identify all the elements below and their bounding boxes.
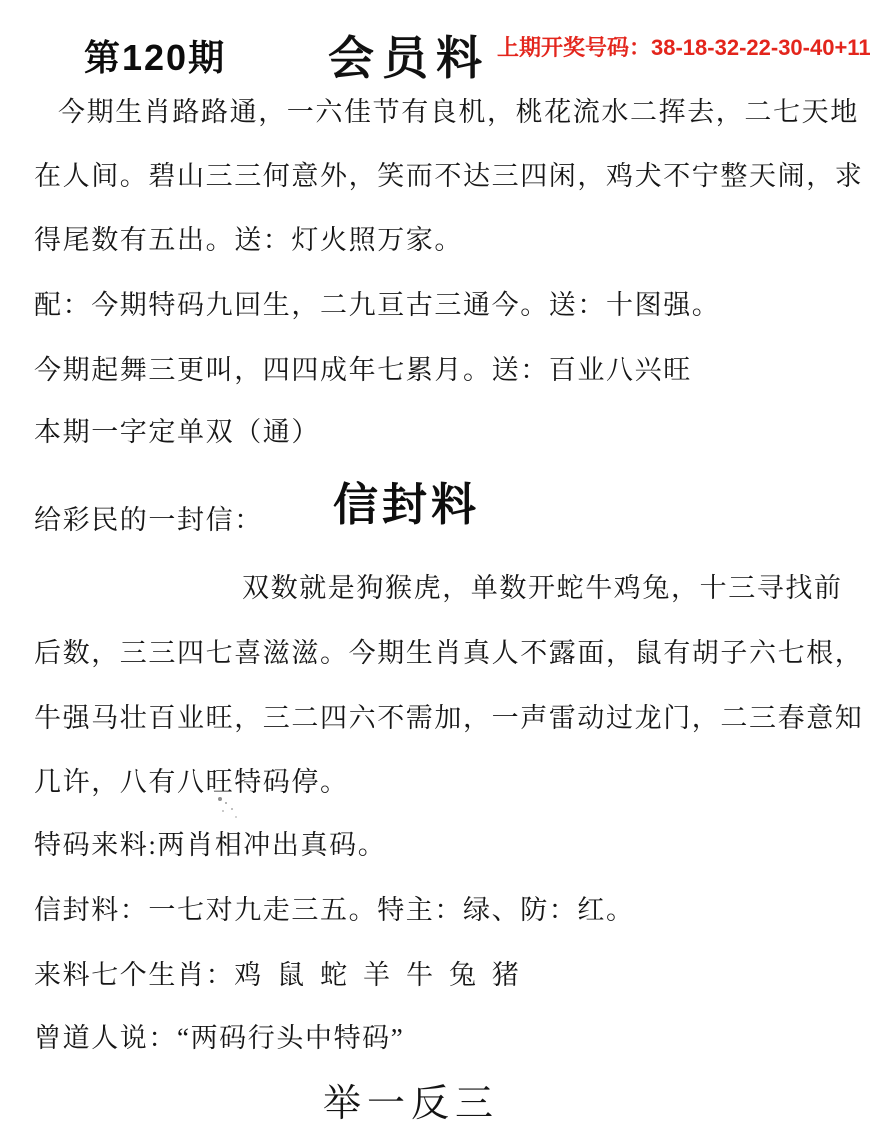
envelope-paragraph-line-2: 后数，三三四七喜滋滋。今期生肖真人不露面，鼠有胡子六七根， xyxy=(34,631,863,670)
letter-intro: 给彩民的一封信： xyxy=(34,498,263,537)
envelope-tip-line: 信封料：一七对九走三五。特主：绿、防：红。 xyxy=(34,888,635,927)
member-paragraph-line-1: 今期生肖路路通，一六佳节有良机，桃花流水二挥去，二七天地 xyxy=(58,90,859,129)
issue-number: 第120期 xyxy=(84,30,226,81)
ink-smudge-artifact xyxy=(218,797,222,801)
member-paragraph-line-3: 得尾数有五出。送：灯火照万家。 xyxy=(34,218,463,257)
envelope-paragraph-line-3: 牛强马壮百业旺，三二四六不需加，一声雷动过龙门，二三春意知 xyxy=(34,696,863,735)
envelope-paragraph-line-1: 双数就是狗猴虎，单数开蛇牛鸡兔，十三寻找前 xyxy=(242,566,843,605)
last-draw-numbers: 上期开奖号码：38-18-32-22-30-40+11 xyxy=(497,31,871,62)
quote-line: 曾道人说：“两码行头中特码” xyxy=(34,1016,404,1055)
single-double-line: 本期一字定单双（通） xyxy=(34,410,320,449)
member-paragraph-line-2: 在人间。碧山三三何意外，笑而不达三四闲，鸡犬不宁整天闹，求 xyxy=(34,154,863,193)
footer-title: 举一反三 xyxy=(0,1072,850,1125)
scanned-lottery-sheet: 第120期 会员料 上期开奖号码：38-18-32-22-30-40+11 今期… xyxy=(0,0,878,1125)
dance-line: 今期起舞三更叫，四四成年七累月。送：百业八兴旺 xyxy=(34,348,692,387)
zodiac-list-line: 来料七个生肖：鸡 鼠 蛇 羊 牛 兔 猪 xyxy=(34,953,521,992)
special-code-tip-line: 特码来料:两肖相冲出真码。 xyxy=(34,823,386,862)
envelope-section-title: 信封料 xyxy=(333,468,480,533)
pei-line: 配：今期特码九回生，二九亘古三通今。送：十图强。 xyxy=(34,283,720,322)
page-title: 会员料 xyxy=(328,22,490,88)
envelope-paragraph-line-4: 几许，八有八旺特码停。 xyxy=(34,760,349,799)
